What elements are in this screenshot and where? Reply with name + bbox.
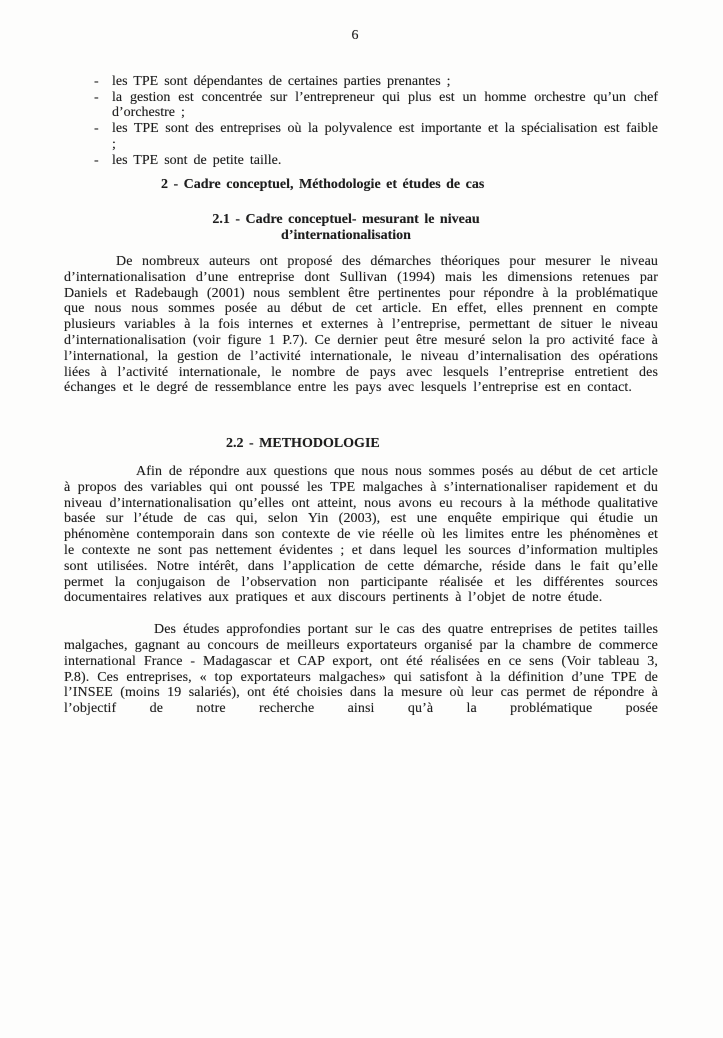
dash-marker: - [94,121,99,137]
page-content: 6 - les TPE sont dépendantes de certaine… [64,28,658,717]
page-number: 6 [52,28,658,44]
heading-section-2-1-line2: d’internationalisation [64,228,628,244]
paragraph-conceptual-framework: De nombreux auteurs ont proposé des déma… [64,254,658,396]
heading-section-2-2: 2.2 - METHODOLOGIE [226,436,658,452]
tpe-characteristics-list: - les TPE sont dépendantes de certaines … [64,74,658,169]
dash-marker: - [94,90,99,106]
list-item-text: les TPE sont dépendantes de certaines pa… [112,74,451,89]
list-item-text: la gestion est concentrée sur l’entrepre… [112,90,658,121]
list-item-text: les TPE sont des entreprises où la polyv… [112,121,658,152]
scanned-paper-page: 6 - les TPE sont dépendantes de certaine… [0,0,723,1038]
dash-marker: - [94,153,99,169]
list-item-text: les TPE sont de petite taille. [112,153,281,168]
heading-section-2-1-line1: 2.1 - Cadre conceptuel- mesurant le nive… [64,212,628,228]
list-item: - les TPE sont de petite taille. [64,153,658,169]
list-item: - la gestion est concentrée sur l’entrep… [64,90,658,122]
list-item: - les TPE sont des entreprises où la pol… [64,121,658,153]
paragraph-case-studies: Des études approfondies portant sur le c… [64,622,658,717]
paragraph-methodology: Afin de répondre aux questions que nous … [64,464,658,606]
dash-marker: - [94,74,99,90]
heading-section-2-1: 2.1 - Cadre conceptuel- mesurant le nive… [64,212,658,244]
heading-section-2: 2 - Cadre conceptuel, Méthodologie et ét… [161,177,658,193]
list-item: - les TPE sont dépendantes de certaines … [64,74,658,90]
